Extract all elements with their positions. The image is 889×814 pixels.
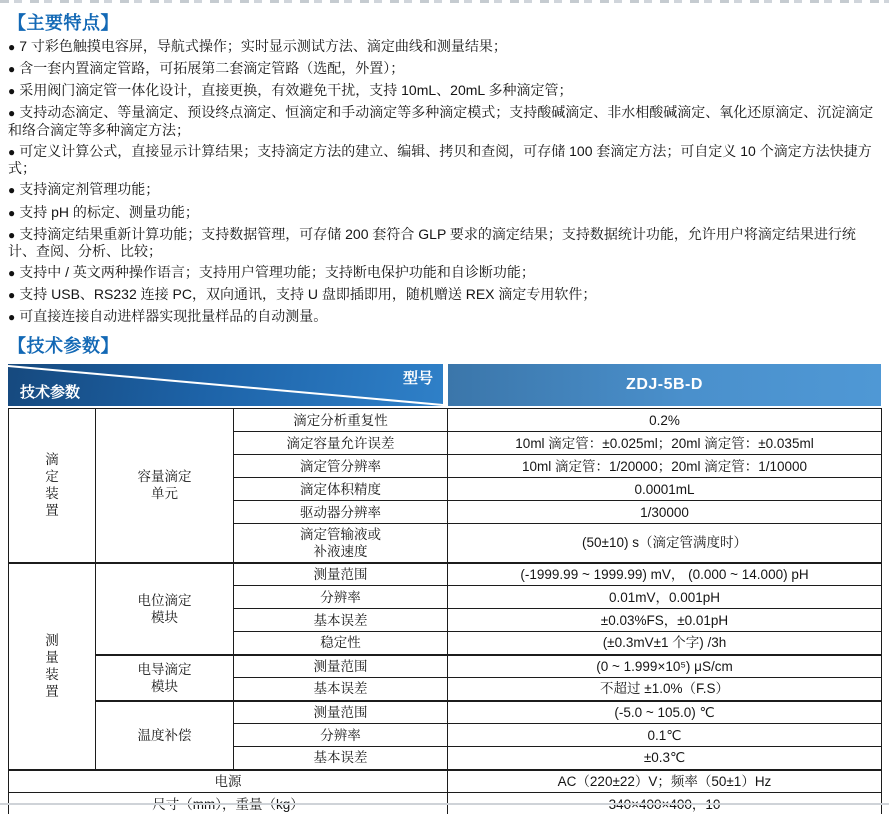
value-cell: 1/30000 [448, 501, 882, 524]
bullet-icon: ● [8, 84, 15, 98]
feature-text: 支持 USB、RS232 连接 PC，双向通讯，支持 U 盘即插即用，随机赠送 … [19, 286, 596, 302]
bullet-icon: ● [8, 206, 15, 220]
group-titration-device: 滴 定 装 置 [9, 409, 96, 563]
value-cell: (-1999.99 ~ 1999.99) mV， (0.000 ~ 14.000… [448, 563, 882, 586]
bullet-icon: ● [8, 106, 15, 120]
value-cell: 0.1℃ [448, 724, 882, 747]
bottom-divider [0, 803, 889, 805]
param-cell: 分辨率 [234, 586, 448, 609]
header-model-value: ZDJ-5B-D [448, 364, 881, 406]
feature-item: ●支持滴定结果重新计算功能；支持数据管理，可存储 200 套符合 GLP 要求的… [8, 226, 882, 260]
param-cell: 滴定管分辨率 [234, 455, 448, 478]
table-row: 温度补偿 测量范围 (-5.0 ~ 105.0) ℃ [9, 701, 882, 724]
subgroup-temp-compensation: 温度补偿 [96, 701, 234, 770]
param-cell: 滴定分析重复性 [234, 409, 448, 432]
feature-text: 支持 pH 的标定、测量功能； [19, 204, 199, 220]
feature-text: 可定义计算公式，直接显示计算结果；支持滴定方法的建立、编辑、拷贝和查阅，可存储 … [8, 143, 872, 177]
feature-item: ●含一套内置滴定管路，可拓展第二套滴定管路（选配，外置）； [8, 60, 882, 78]
param-cell: 基本误差 [234, 609, 448, 632]
feature-text: 支持中 / 英文两种操作语言；支持用户管理功能；支持断电保护功能和自诊断功能； [19, 264, 535, 280]
value-cell: 10ml 滴定管：±0.025ml；20ml 滴定管：±0.035ml [448, 432, 882, 455]
cropped-text-strip [0, 0, 889, 3]
value-cell: 0.2% [448, 409, 882, 432]
spec-table-header: 型号 技术参数 ZDJ-5B-D [8, 364, 881, 406]
bullet-icon: ● [8, 228, 15, 242]
feature-text: 支持动态滴定、等量滴定、预设终点滴定、恒滴定和手动滴定等多种滴定模式；支持酸碱滴… [8, 104, 873, 138]
feature-text: 支持滴定结果重新计算功能；支持数据管理，可存储 200 套符合 GLP 要求的滴… [8, 226, 856, 260]
features-section-title: 【主要特点】 [8, 9, 119, 35]
value-cell: (0 ~ 1.999×10⁵) μS/cm [448, 655, 882, 678]
spec-sheet-page: 【主要特点】 ●7 寸彩色触摸电容屏，导航式操作；实时显示测试方法、滴定曲线和测… [0, 0, 889, 814]
param-cell: 测量范围 [234, 655, 448, 678]
bullet-icon: ● [8, 145, 15, 159]
param-cell: 测量范围 [234, 563, 448, 586]
param-cell: 滴定管输液或 补液速度 [234, 524, 448, 563]
features-list: ●7 寸彩色触摸电容屏，导航式操作；实时显示测试方法、滴定曲线和测量结果； ●含… [8, 38, 882, 331]
spec-table: 滴 定 装 置 容量滴定 单元 滴定分析重复性 0.2% 滴定容量允许误差 10… [8, 408, 882, 814]
value-cell: 0.0001mL [448, 478, 882, 501]
bullet-icon: ● [8, 310, 15, 324]
param-cell: 测量范围 [234, 701, 448, 724]
value-cell: 10ml 滴定管：1/20000；20ml 滴定管：1/10000 [448, 455, 882, 478]
table-row: 电源 AC（220±22）V；频率（50±1）Hz [9, 770, 882, 793]
group-measure-device: 测 量 装 置 [9, 563, 96, 770]
param-cell: 滴定容量允许误差 [234, 432, 448, 455]
value-cell: ±0.03%FS，±0.01pH [448, 609, 882, 632]
feature-item: ●支持中 / 英文两种操作语言；支持用户管理功能；支持断电保护功能和自诊断功能； [8, 264, 882, 282]
bullet-icon: ● [8, 288, 15, 302]
feature-item: ●支持 USB、RS232 连接 PC，双向通讯，支持 U 盘即插即用，随机赠送… [8, 286, 882, 304]
feature-item: ●可直接连接自动进样器实现批量样品的自动测量。 [8, 308, 882, 326]
bullet-icon: ● [8, 62, 15, 76]
subgroup-conductometric: 电导滴定 模块 [96, 655, 234, 701]
feature-text: 支持滴定剂管理功能； [19, 181, 159, 197]
feature-text: 可直接连接自动进样器实现批量样品的自动测量。 [19, 308, 327, 324]
feature-item: ●可定义计算公式，直接显示计算结果；支持滴定方法的建立、编辑、拷贝和查阅，可存储… [8, 143, 882, 177]
param-cell: 基本误差 [234, 678, 448, 701]
value-cell: (±0.3mV±1 个字) /3h [448, 632, 882, 655]
header-corner-cell: 型号 技术参数 [8, 364, 443, 406]
subgroup-potentiometric: 电位滴定 模块 [96, 563, 234, 655]
feature-text: 含一套内置滴定管路，可拓展第二套滴定管路（选配，外置）； [19, 60, 404, 76]
param-cell: 稳定性 [234, 632, 448, 655]
feature-text: 采用阀门滴定管一体化设计，直接更换，有效避免干扰，支持 10mL、20mL 多种… [19, 82, 572, 98]
table-row: 测 量 装 置 电位滴定 模块 测量范围 (-1999.99 ~ 1999.99… [9, 563, 882, 586]
param-cell: 驱动器分辨率 [234, 501, 448, 524]
feature-item: ●支持滴定剂管理功能； [8, 181, 882, 199]
param-cell: 分辨率 [234, 724, 448, 747]
feature-text: 7 寸彩色触摸电容屏，导航式操作；实时显示测试方法、滴定曲线和测量结果； [19, 38, 507, 54]
feature-item: ●支持 pH 的标定、测量功能； [8, 204, 882, 222]
param-cell: 基本误差 [234, 747, 448, 770]
subgroup-volume-unit: 容量滴定 单元 [96, 409, 234, 563]
header-model-label: 型号 [403, 367, 433, 388]
value-cell: (-5.0 ~ 105.0) ℃ [448, 701, 882, 724]
header-params-label: 技术参数 [20, 381, 80, 402]
bullet-icon: ● [8, 183, 15, 197]
bullet-icon: ● [8, 40, 15, 54]
value-cell: (50±10) s（滴定管满度时） [448, 524, 882, 563]
param-cell: 滴定体积精度 [234, 478, 448, 501]
power-value-cell: AC（220±22）V；频率（50±1）Hz [448, 770, 882, 793]
specs-section-title: 【技术参数】 [8, 332, 119, 358]
value-cell: ±0.3℃ [448, 747, 882, 770]
bullet-icon: ● [8, 266, 15, 280]
value-cell: 不超过 ±1.0%（F.S） [448, 678, 882, 701]
table-row: 滴 定 装 置 容量滴定 单元 滴定分析重复性 0.2% [9, 409, 882, 432]
feature-item: ●7 寸彩色触摸电容屏，导航式操作；实时显示测试方法、滴定曲线和测量结果； [8, 38, 882, 56]
feature-item: ●采用阀门滴定管一体化设计，直接更换，有效避免干扰，支持 10mL、20mL 多… [8, 82, 882, 100]
value-cell: 0.01mV，0.001pH [448, 586, 882, 609]
feature-item: ●支持动态滴定、等量滴定、预设终点滴定、恒滴定和手动滴定等多种滴定模式；支持酸碱… [8, 104, 882, 138]
power-label-cell: 电源 [9, 770, 448, 793]
table-row: 电导滴定 模块 测量范围 (0 ~ 1.999×10⁵) μS/cm [9, 655, 882, 678]
